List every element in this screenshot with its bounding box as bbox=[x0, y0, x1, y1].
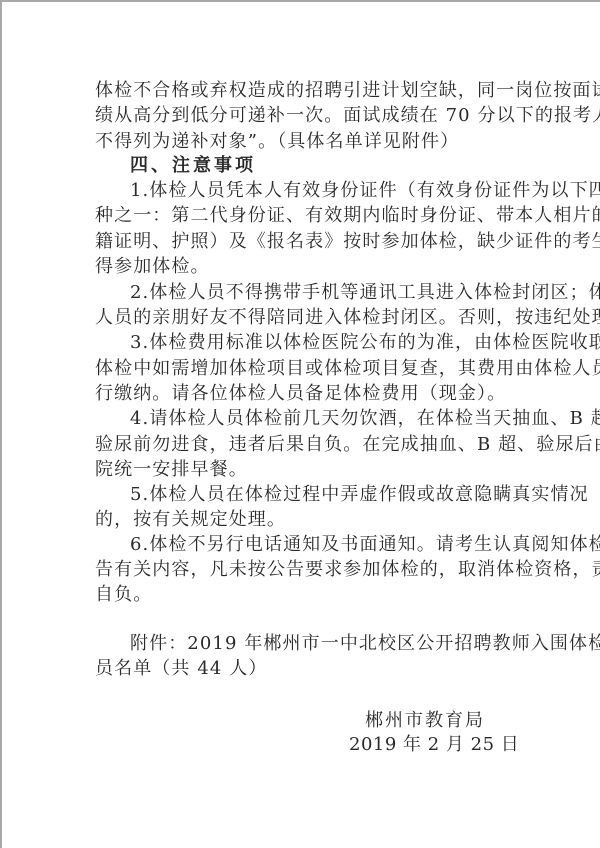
document-page: 体检不合格或弃权造成的招聘引进计划空缺，同一岗位按面试成 绩从高分到低分可递补一… bbox=[0, 0, 600, 848]
paragraph-line: 告有关内容，凡未按公告要求参加体检的，取消体检资格，责任 bbox=[95, 557, 513, 583]
issue-date: 2019 年 2 月 25 日 bbox=[349, 732, 479, 758]
paragraph-line: 院统一安排早餐。 bbox=[95, 457, 513, 483]
attachment-note: 附件：2019 年郴州市一中北校区公开招聘教师入围体检人 bbox=[130, 631, 513, 657]
notice-item-1: 1.体检人员凭本人有效身份证件（有效身份证件为以下四 bbox=[130, 178, 513, 204]
paragraph-line: 得参加体检。 bbox=[95, 254, 513, 280]
paragraph-line: 种之一：第二代身份证、有效期内临时身份证、带本人相片的户 bbox=[95, 203, 513, 229]
notice-item-5: 5.体检人员在体检过程中弄虚作假或故意隐瞒真实情况 bbox=[130, 482, 513, 508]
paragraph-line: 行缴纳。请各位体检人员备足体检费用（现金）。 bbox=[95, 381, 513, 407]
paragraph-line: 不得列为递补对象”。（具体名单详见附件） bbox=[95, 129, 513, 155]
paragraph-line: 籍证明、护照）及《报名表》按时参加体检，缺少证件的考生不 bbox=[95, 229, 513, 255]
notice-item-2: 2.体检人员不得携带手机等通讯工具进入体检封闭区；体检 bbox=[130, 280, 513, 306]
paragraph-line: 绩从高分到低分可递补一次。面试成绩在 70 分以下的报考人员 bbox=[95, 103, 513, 129]
paragraph-line: 体检中如需增加体检项目或体检项目复查，其费用由体检人员另 bbox=[95, 356, 513, 382]
paragraph-line: 体检不合格或弃权造成的招聘引进计划空缺，同一岗位按面试成 bbox=[95, 78, 513, 104]
notice-item-6: 6.体检不另行电话通知及书面通知。请考生认真阅知体检公 bbox=[130, 532, 513, 558]
paragraph-line: 的，按有关规定处理。 bbox=[95, 507, 513, 533]
notice-item-4: 4.请体检人员体检前几天勿饮酒，在体检当天抽血、B 超、 bbox=[130, 406, 513, 432]
paragraph-line: 验尿前勿进食，违者后果自负。在完成抽血、B 超、验尿后由医 bbox=[95, 432, 513, 458]
attachment-note-continued: 员名单（共 44 人） bbox=[95, 656, 513, 682]
paragraph-line: 自负。 bbox=[95, 582, 513, 608]
issuer-signature: 郴州市教育局 bbox=[365, 708, 465, 734]
paragraph-line: 人员的亲朋好友不得陪同进入体检封闭区。否则，按违纪处理。 bbox=[95, 305, 513, 331]
notice-item-3: 3.体检费用标准以体检医院公布的为准，由体检医院收取。 bbox=[130, 330, 513, 356]
section-heading-notes: 四、注意事项 bbox=[130, 153, 548, 179]
